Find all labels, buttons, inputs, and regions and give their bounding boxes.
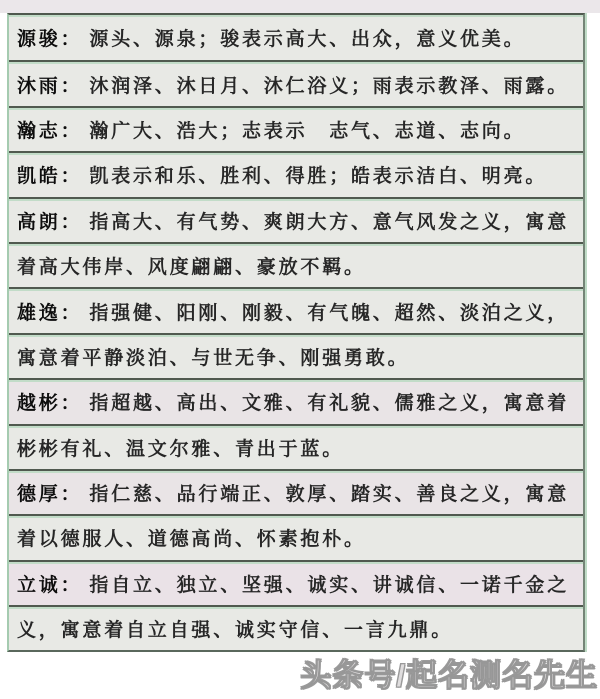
table-row: 着以德服人、道德高尚、怀素抱朴。 — [9, 514, 583, 559]
name-meanings-table: 源骏：源头、源泉；骏表示高大、出众，意义优美。 沐雨：沐润泽、沐日月、沐仁浴义；… — [7, 13, 585, 652]
table-row: 越彬：指超越、高出、文雅、有礼貌、儒雅之义，寓意着 — [9, 378, 583, 423]
table-row: 高朗：指高大、有气势、爽朗大方、意气风发之义，寓意 — [9, 197, 583, 242]
name-label: 凯皓： — [17, 161, 82, 188]
meaning-text: 义，寓意着自立自强、诚实守信、一言九鼎。 — [17, 615, 453, 642]
name-label: 沐雨： — [17, 71, 82, 98]
page-root: 源骏：源头、源泉；骏表示高大、出众，意义优美。 沐雨：沐润泽、沐日月、沐仁浴义；… — [0, 0, 600, 699]
meaning-text: 彬彬有礼、温文尔雅、青出于蓝。 — [17, 434, 344, 461]
table-row: 凯皓：凯表示和乐、胜利、得胜；皓表示洁白、明亮。 — [9, 151, 583, 196]
watermark: 头条号/起名测名先生 — [300, 650, 598, 695]
table-row: 德厚：指仁慈、品行端正、敦厚、踏实、善良之义，寓意 — [9, 469, 583, 514]
table-row: 着高大伟岸、风度翩翩、豪放不羁。 — [9, 242, 583, 287]
meaning-text: 瀚广大、浩大；志表示 志气、志道、志向。 — [89, 116, 525, 143]
meaning-text: 凯表示和乐、胜利、得胜；皓表示洁白、明亮。 — [89, 161, 547, 188]
meaning-text: 着高大伟岸、风度翩翩、豪放不羁。 — [17, 252, 366, 279]
meaning-text: 指仁慈、品行端正、敦厚、踏实、善良之义，寓意 — [89, 479, 569, 506]
table-row: 源骏：源头、源泉；骏表示高大、出众，意义优美。 — [9, 15, 583, 60]
name-label: 德厚： — [17, 479, 82, 506]
table-row: 雄逸：指强健、阳刚、刚毅、有气魄、超然、淡泊之义， — [9, 287, 583, 332]
meaning-text: 指自立、独立、坚强、诚实、讲诚信、一诺千金之 — [89, 570, 569, 597]
table-row: 义，寓意着自立自强、诚实守信、一言九鼎。 — [9, 605, 583, 650]
meaning-text: 源头、源泉；骏表示高大、出众，意义优美。 — [89, 24, 525, 51]
table-row: 寓意着平静淡泊、与世无争、刚强勇敢。 — [9, 333, 583, 378]
meaning-text: 着以德服人、道德高尚、怀素抱朴。 — [17, 524, 366, 551]
meaning-text: 寓意着平静淡泊、与世无争、刚强勇敢。 — [17, 343, 409, 370]
meaning-text: 沐润泽、沐日月、沐仁浴义；雨表示教泽、雨露。 — [89, 71, 569, 98]
name-label: 高朗： — [17, 207, 82, 234]
table-row: 沐雨：沐润泽、沐日月、沐仁浴义；雨表示教泽、雨露。 — [9, 60, 583, 105]
name-label: 雄逸： — [17, 298, 82, 325]
table-row: 立诚：指自立、独立、坚强、诚实、讲诚信、一诺千金之 — [9, 560, 583, 605]
name-label: 立诚： — [17, 570, 82, 597]
name-label: 瀚志： — [17, 116, 82, 143]
meaning-text: 指高大、有气势、爽朗大方、意气风发之义，寓意 — [89, 207, 569, 234]
meaning-text: 指超越、高出、文雅、有礼貌、儒雅之义，寓意着 — [89, 388, 569, 415]
table-row: 彬彬有礼、温文尔雅、青出于蓝。 — [9, 424, 583, 469]
name-label: 越彬： — [17, 388, 82, 415]
name-label: 源骏： — [17, 24, 82, 51]
meaning-text: 指强健、阳刚、刚毅、有气魄、超然、淡泊之义， — [89, 298, 569, 325]
table-row: 瀚志：瀚广大、浩大；志表示 志气、志道、志向。 — [9, 106, 583, 151]
page-top-margin — [0, 0, 600, 13]
